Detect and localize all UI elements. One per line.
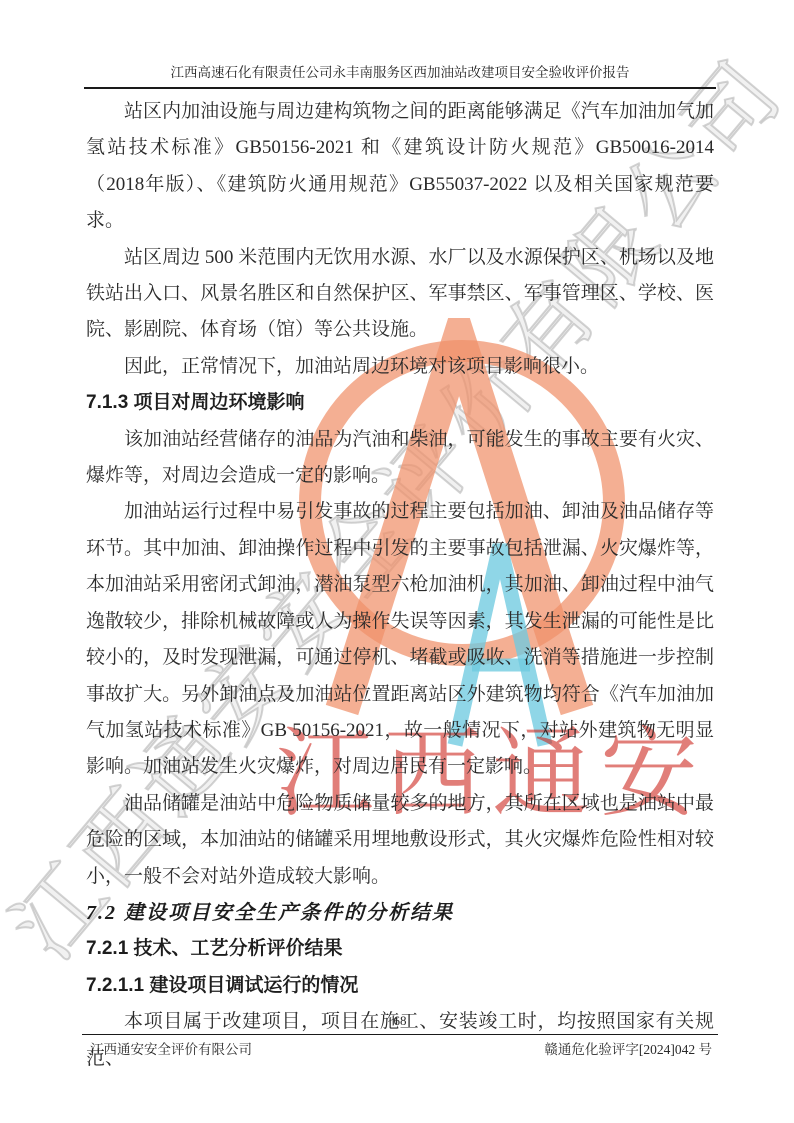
paragraph: 因此，正常情况下，加油站周边环境对该项目影响很小。 <box>86 349 714 385</box>
page-header-title: 江西高速石化有限责任公司永丰南服务区西加油站改建项目安全验收评价报告 <box>84 64 716 82</box>
document-page: 江西通安安全评价有限公司 江西通安 江西高速石化有限责任公司永丰南服务区西加油站… <box>0 0 794 1123</box>
footer-divider <box>82 1034 718 1035</box>
footer-document-number: 赣通危化验评字[2024]042 号 <box>544 1041 712 1059</box>
paragraph: 油品储罐是油站中危险物质储量较多的地方，其所在区域也是油站中最危险的区域，本加油… <box>86 786 714 895</box>
section-heading-7-2-1-1: 7.2.1.1 建设项目调试运行的情况 <box>86 968 714 1004</box>
section-heading-7-2: 7.2 建设项目安全生产条件的分析结果 <box>86 895 714 931</box>
paragraph: 站区内加油设施与周边建构筑物之间的距离能够满足《汽车加油加气加氢站技术标准》GB… <box>86 94 714 240</box>
section-heading-7-2-1: 7.2.1 技术、工艺分析评价结果 <box>86 931 714 967</box>
paragraph: 加油站运行过程中易引发事故的过程主要包括加油、卸油及油品储存等环节。其中加油、卸… <box>86 494 714 785</box>
document-body: 站区内加油设施与周边建构筑物之间的距离能够满足《汽车加油加气加氢站技术标准》GB… <box>86 94 714 1077</box>
footer-company-name: 江西通安安全评价有限公司 <box>90 1041 252 1059</box>
paragraph: 站区周边 500 米范围内无饮用水源、水厂以及水源保护区、机场以及地铁站出入口、… <box>86 240 714 349</box>
paragraph: 该加油站经营储存的油品为汽油和柴油，可能发生的事故主要有火灾、爆炸等，对周边会造… <box>86 422 714 495</box>
page-number: 68 <box>84 1012 716 1030</box>
header-divider <box>84 87 716 89</box>
section-heading-7-1-3: 7.1.3 项目对周边环境影响 <box>86 385 714 421</box>
